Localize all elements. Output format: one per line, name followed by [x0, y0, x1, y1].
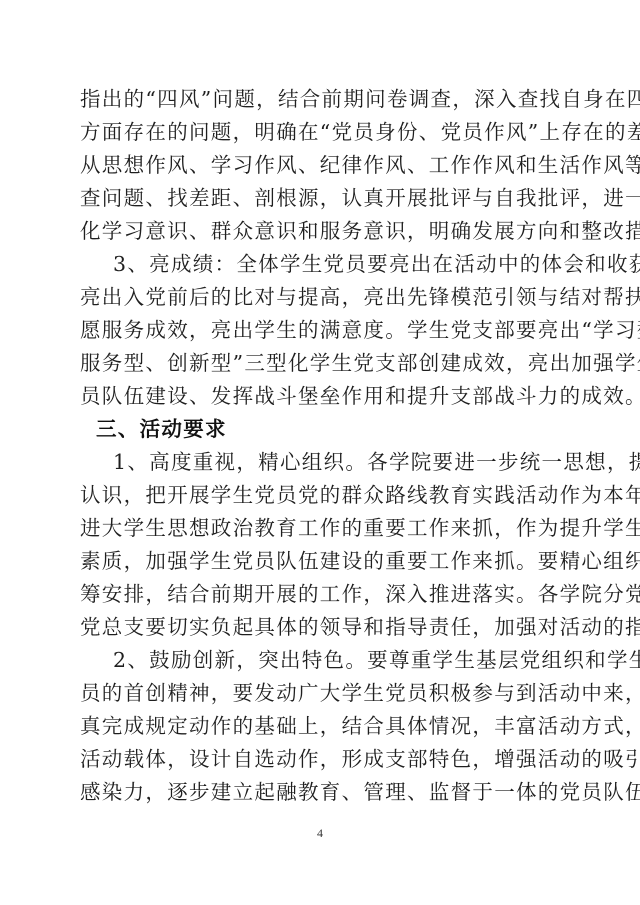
- text-line: 愿服务成效，亮出学生的满意度。学生党支部要亮出“学习型、: [80, 314, 561, 347]
- page-number: 4: [0, 826, 640, 841]
- text-line: 进大学生思想政治教育工作的重要工作来抓，作为提升学生党员: [80, 512, 561, 545]
- section-heading: 三、活动要求: [80, 413, 561, 446]
- text-line: 从思想作风、学习作风、纪律作风、工作作风和生活作风等方面: [80, 149, 561, 182]
- document-page: 指出的“四风”问题，结合前期问卷调查，深入查找自身在四风 方面存在的问题，明确在…: [0, 0, 640, 905]
- text-line: 感染力，逐步建立起融教育、管理、监督于一体的党员队伍建设: [80, 776, 561, 809]
- text-line: 亮出入党前后的比对与提高，亮出先锋模范引领与结对帮扶、志: [80, 281, 561, 314]
- paragraph-start-line: 3、亮成绩：全体学生党员要亮出在活动中的体会和收获，: [80, 248, 561, 281]
- text-line: 员队伍建设、发挥战斗堡垒作用和提升支部战斗力的成效。: [80, 380, 561, 413]
- text-line: 员的首创精神，要发动广大学生党员积极参与到活动中来，在认: [80, 677, 561, 710]
- body-text: 指出的“四风”问题，结合前期问卷调查，深入查找自身在四风 方面存在的问题，明确在…: [80, 83, 561, 809]
- text-line: 筹安排，结合前期开展的工作，深入推进落实。各学院分党委、: [80, 578, 561, 611]
- text-line: 党总支要切实负起具体的领导和指导责任，加强对活动的指导。: [80, 611, 561, 644]
- text-line: 查问题、找差距、剖根源，认真开展批评与自我批评，进一步强: [80, 182, 561, 215]
- paragraph-start-line: 2、鼓励创新，突出特色。要尊重学生基层党组织和学生党: [80, 644, 561, 677]
- text-line: 真完成规定动作的基础上，结合具体情况，丰富活动方式，创新: [80, 710, 561, 743]
- text-line: 化学习意识、群众意识和服务意识，明确发展方向和整改措施。: [80, 215, 561, 248]
- text-line: 服务型、创新型”三型化学生党支部创建成效，亮出加强学生党: [80, 347, 561, 380]
- text-line: 方面存在的问题，明确在“党员身份、党员作风”上存在的差距，: [80, 116, 561, 149]
- text-line: 素质，加强学生党员队伍建设的重要工作来抓。要精心组织，统: [80, 545, 561, 578]
- paragraph-start-line: 1、高度重视，精心组织。各学院要进一步统一思想，提高: [80, 446, 561, 479]
- text-line: 活动载体，设计自选动作，形成支部特色，增强活动的吸引力和: [80, 743, 561, 776]
- text-line: 指出的“四风”问题，结合前期问卷调查，深入查找自身在四风: [80, 83, 561, 116]
- text-line: 认识，把开展学生党员党的群众路线教育实践活动作为本年度推: [80, 479, 561, 512]
